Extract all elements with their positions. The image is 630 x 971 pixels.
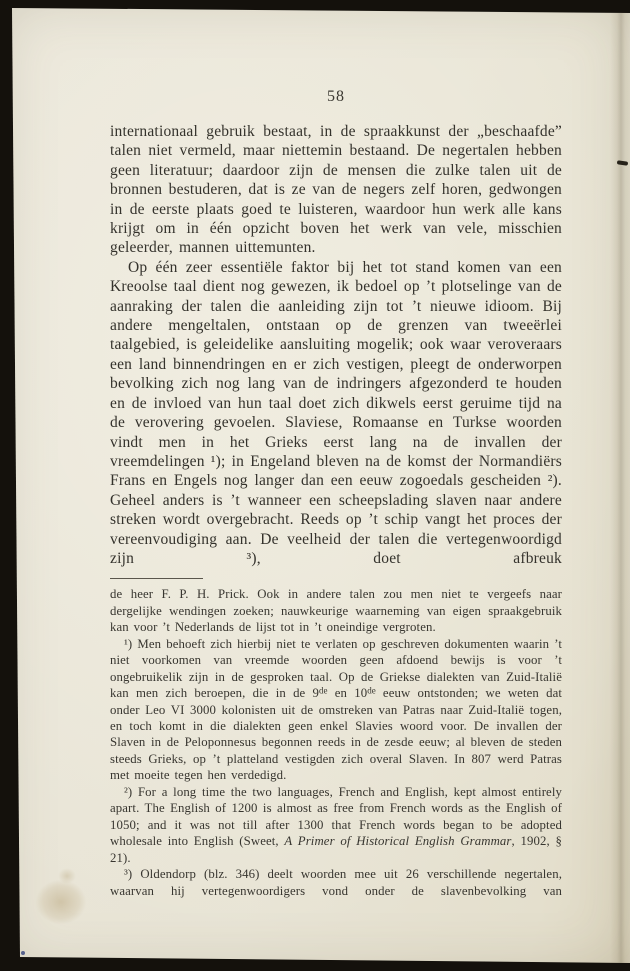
footnote-separator: [110, 578, 203, 579]
book-title: A Primer of Historical English Grammar: [284, 834, 511, 848]
book-page: 58 internationaal gebruik bestaat, in de…: [0, 0, 630, 971]
footnote-1-text: en 10: [328, 686, 368, 700]
text-column: 58 internationaal gebruik bestaat, in de…: [110, 87, 562, 899]
paper-stain-small: [58, 868, 76, 884]
paragraph-new: Op één zeer essentiële faktor bij het to…: [110, 258, 562, 569]
scan-background: 58 internationaal gebruik bestaat, in de…: [0, 0, 630, 971]
footnote-3: ³) Oldendorp (blz. 346) deelt woorden me…: [110, 866, 562, 899]
paragraph-continuation: internationaal gebruik bestaat, in de sp…: [110, 122, 562, 258]
paper-stain: [36, 880, 86, 924]
page-number: 58: [110, 87, 562, 106]
footnotes-block: de heer F. P. H. Prick. Ook in andere ta…: [110, 586, 562, 899]
footnote-continuation: de heer F. P. H. Prick. Ook in andere ta…: [110, 586, 562, 635]
footnote-1: ¹) Men behoeft zich hierbij niet te verl…: [110, 636, 562, 784]
footnote-2: ²) For a long time the two languages, Fr…: [110, 784, 562, 866]
superscript-ordinal: de: [319, 686, 328, 696]
superscript-ordinal: de: [367, 686, 376, 696]
footnote-1-text: eeuw ontstonden; we weten dat onder Leo …: [110, 686, 562, 782]
paper-speck: [21, 951, 25, 955]
page-edge-crease: [610, 8, 630, 963]
